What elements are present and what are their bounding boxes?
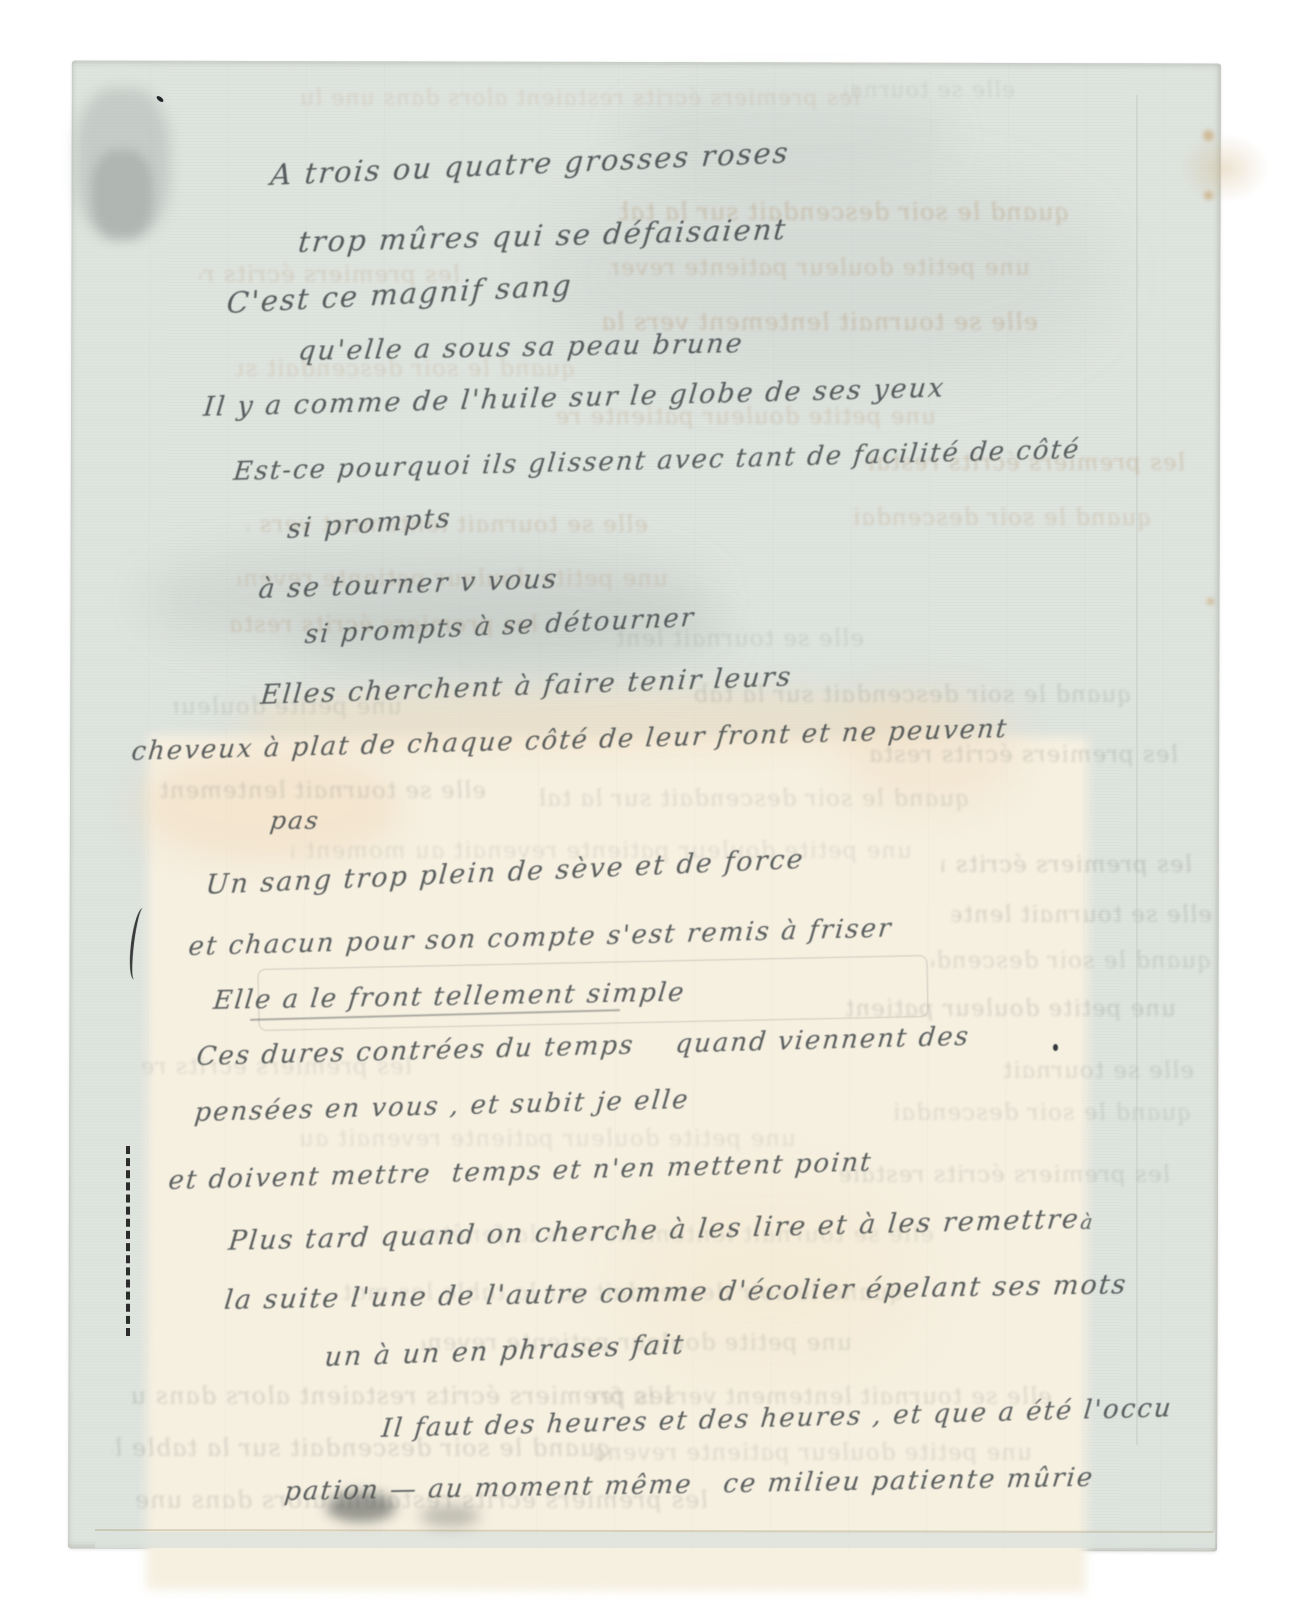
manuscript-page [68,60,1221,1551]
handwriting-line: pas [268,806,321,835]
vertical-crease [1136,95,1138,1445]
under-sheet-edge [95,1532,1215,1548]
manuscript-photo: les premiers écrits restaient alors dans… [0,0,1290,1615]
torn-corner [1225,126,1290,164]
edge-stain [1204,191,1213,200]
graphite-smudge-bottom [326,1492,396,1522]
graphite-smudge-top-left [92,150,152,240]
graphite-smudge-bottom [420,1505,480,1527]
edge-stain [1203,130,1214,141]
handwriting-line: à [1079,1210,1096,1234]
ink-dot [1053,1044,1058,1051]
margin-dash-mark [126,1146,130,1336]
edge-stain [1207,598,1214,605]
